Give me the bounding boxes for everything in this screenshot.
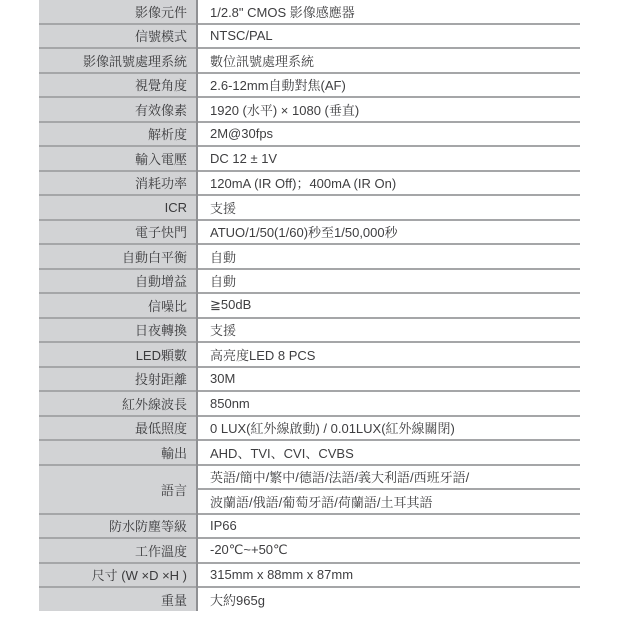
spec-value: 0 LUX(紅外線啟動) / 0.01LUX(紅外線關閉) — [197, 416, 580, 441]
spec-label: ICR — [39, 195, 197, 220]
spec-label: 影像訊號處理系統 — [39, 48, 197, 73]
spec-value: 高亮度LED 8 PCS — [197, 342, 580, 367]
spec-label: 消耗功率 — [39, 171, 197, 196]
table-row: ICR支援 — [39, 195, 580, 220]
table-row: 投射距離30M — [39, 367, 580, 392]
table-row: 消耗功率120mA (IR Off)；400mA (IR On) — [39, 171, 580, 196]
spec-label: 防水防塵等級 — [39, 514, 197, 539]
table-row: 重量大約965g — [39, 587, 580, 611]
spec-value: AHD、TVI、CVI、CVBS — [197, 440, 580, 465]
table-row: 有效像素1920 (水平) × 1080 (垂直) — [39, 97, 580, 122]
spec-label: 尺寸 (W ×D ×H ) — [39, 563, 197, 588]
spec-label: 電子快門 — [39, 220, 197, 245]
spec-table-body: 影像元件1/2.8" CMOS 影像感應器信號模式NTSC/PAL影像訊號處理系… — [39, 0, 580, 611]
spec-label: 重量 — [39, 587, 197, 611]
spec-label: 有效像素 — [39, 97, 197, 122]
spec-value: 大約965g — [197, 587, 580, 611]
table-row: 工作溫度-20℃~+50℃ — [39, 538, 580, 563]
spec-value: 850nm — [197, 391, 580, 416]
spec-label: LED顆數 — [39, 342, 197, 367]
spec-label: 自動白平衡 — [39, 244, 197, 269]
spec-label: 日夜轉換 — [39, 318, 197, 343]
table-row: 信噪比≧50dB — [39, 293, 580, 318]
table-row: 解析度2M@30fps — [39, 122, 580, 147]
table-row: 自動白平衡自動 — [39, 244, 580, 269]
spec-value: -20℃~+50℃ — [197, 538, 580, 563]
spec-label: 工作溫度 — [39, 538, 197, 563]
table-row: 自動增益自動 — [39, 269, 580, 294]
spec-label: 輸出 — [39, 440, 197, 465]
spec-value: 30M — [197, 367, 580, 392]
spec-label: 視覺角度 — [39, 73, 197, 98]
table-row: 電子快門ATUO/1/50(1/60)秒至1/50,000秒 — [39, 220, 580, 245]
table-row: 尺寸 (W ×D ×H )315mm x 88mm x 87mm — [39, 563, 580, 588]
spec-value: 2M@30fps — [197, 122, 580, 147]
page: 影像元件1/2.8" CMOS 影像感應器信號模式NTSC/PAL影像訊號處理系… — [0, 0, 620, 620]
spec-value: 1/2.8" CMOS 影像感應器 — [197, 0, 580, 24]
spec-label: 紅外線波長 — [39, 391, 197, 416]
spec-label: 信號模式 — [39, 24, 197, 49]
spec-value: 自動 — [197, 269, 580, 294]
table-row: LED顆數高亮度LED 8 PCS — [39, 342, 580, 367]
spec-label: 語言 — [39, 465, 197, 514]
spec-value: IP66 — [197, 514, 580, 539]
spec-value-line2: 波蘭語/俄語/葡萄牙語/荷蘭語/土耳其語 — [197, 489, 580, 514]
spec-value: 支援 — [197, 195, 580, 220]
spec-value: 數位訊號處理系統 — [197, 48, 580, 73]
table-row: 信號模式NTSC/PAL — [39, 24, 580, 49]
spec-label: 最低照度 — [39, 416, 197, 441]
spec-label: 影像元件 — [39, 0, 197, 24]
table-row: 輸出AHD、TVI、CVI、CVBS — [39, 440, 580, 465]
table-row: 語言英語/簡中/繁中/德語/法語/義大利語/西班牙語/ — [39, 465, 580, 490]
spec-value: DC 12 ± 1V — [197, 146, 580, 171]
table-row: 影像訊號處理系統數位訊號處理系統 — [39, 48, 580, 73]
spec-label: 輸入電壓 — [39, 146, 197, 171]
spec-label: 解析度 — [39, 122, 197, 147]
table-row: 防水防塵等級IP66 — [39, 514, 580, 539]
spec-table: 影像元件1/2.8" CMOS 影像感應器信號模式NTSC/PAL影像訊號處理系… — [39, 0, 580, 611]
table-row: 最低照度0 LUX(紅外線啟動) / 0.01LUX(紅外線關閉) — [39, 416, 580, 441]
spec-value: 支援 — [197, 318, 580, 343]
table-row: 日夜轉換支援 — [39, 318, 580, 343]
spec-label: 信噪比 — [39, 293, 197, 318]
table-row: 影像元件1/2.8" CMOS 影像感應器 — [39, 0, 580, 24]
spec-value: 英語/簡中/繁中/德語/法語/義大利語/西班牙語/ — [197, 465, 580, 490]
spec-value: ≧50dB — [197, 293, 580, 318]
spec-value: 120mA (IR Off)；400mA (IR On) — [197, 171, 580, 196]
spec-value: 1920 (水平) × 1080 (垂直) — [197, 97, 580, 122]
spec-label: 投射距離 — [39, 367, 197, 392]
table-row: 紅外線波長850nm — [39, 391, 580, 416]
spec-value: 2.6-12mm自動對焦(AF) — [197, 73, 580, 98]
spec-value: ATUO/1/50(1/60)秒至1/50,000秒 — [197, 220, 580, 245]
table-row: 輸入電壓DC 12 ± 1V — [39, 146, 580, 171]
spec-value: 315mm x 88mm x 87mm — [197, 563, 580, 588]
spec-label: 自動增益 — [39, 269, 197, 294]
spec-value: 自動 — [197, 244, 580, 269]
spec-value: NTSC/PAL — [197, 24, 580, 49]
table-row: 視覺角度2.6-12mm自動對焦(AF) — [39, 73, 580, 98]
